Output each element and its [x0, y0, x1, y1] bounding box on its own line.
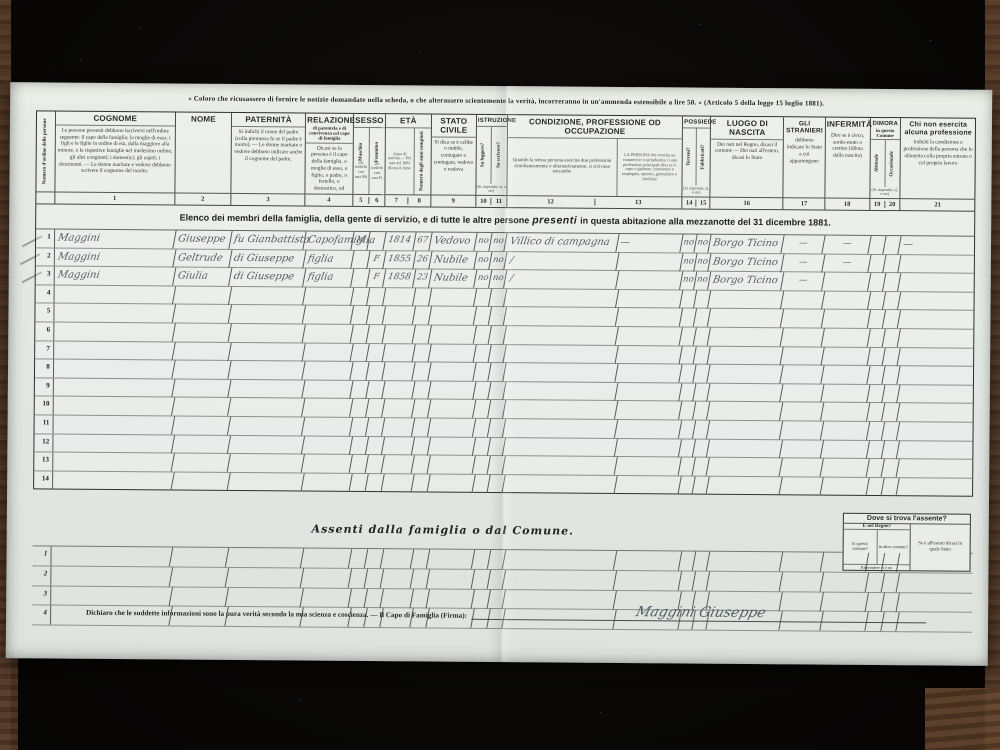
cell-cond13 [614, 420, 682, 438]
cell-inf [821, 477, 869, 495]
cell-paternita [229, 305, 306, 323]
cell-stran [780, 552, 825, 571]
cell-inf [821, 553, 870, 572]
cell-inf [822, 440, 870, 458]
cell-nome [172, 379, 232, 397]
col-number [36, 191, 54, 203]
cell-cond12 [505, 289, 619, 307]
col-eta: ETÀ Anno di nascita — Pei nati nel 1881 … [385, 114, 432, 206]
census-table: Numero d'ordine delle persone COGNOME Le… [33, 110, 976, 497]
cell-stato [428, 418, 476, 436]
cell-nome [172, 342, 232, 360]
dimora-subtitle: in questo Comune [871, 129, 900, 140]
sesso-title: SESSO [354, 114, 385, 127]
col-number: 1011 [476, 195, 506, 207]
cell-cognome [52, 341, 175, 360]
cell-relazione [302, 455, 353, 473]
cell-stran [781, 328, 826, 346]
col-number: 18 [825, 198, 869, 210]
relazione-title: RELAZIONE [306, 113, 353, 126]
cell-anno [380, 569, 414, 588]
femmina-note: (Si indichi con una F) [369, 162, 384, 181]
cell-cond13 [616, 271, 684, 289]
cell-cognome [52, 415, 175, 434]
cell-stran [781, 403, 826, 421]
col-number: 4 [305, 193, 352, 205]
cell-inf [821, 572, 870, 591]
col-chi-non-esercita: Chi non esercita alcuna professione indi… [900, 118, 976, 211]
cell-num: 11 [35, 415, 54, 433]
infermita-title: INFERMITÀ [826, 118, 870, 131]
col-number: 1213 [507, 195, 681, 208]
cell-cognome: Maggini [53, 267, 176, 286]
cell-relazione [303, 343, 354, 361]
cell-chinon [896, 553, 975, 572]
cell-num: 4 [32, 606, 51, 625]
cell-cognome [50, 547, 174, 567]
cell-stato [427, 456, 475, 474]
cell-paternita [229, 342, 306, 360]
col-number: 1 [55, 192, 174, 205]
cell-chinon [897, 348, 975, 366]
paternita-desc: Si indichi il nome del padre (colla prem… [231, 126, 305, 194]
cell-relazione [302, 399, 353, 417]
col-numero-ordine: Numero d'ordine delle persone [36, 111, 55, 203]
nome-desc [175, 125, 231, 193]
cell-num: 14 [34, 471, 53, 489]
cell-relazione [300, 568, 351, 587]
cell-cond12 [504, 419, 618, 437]
cell-cond13 [615, 364, 683, 382]
cell-cognome [51, 453, 174, 472]
cell-stato [429, 325, 477, 343]
cell-paternita [226, 568, 304, 587]
maschio-note: (Si indichi con una M) [354, 161, 369, 180]
cell-stran [781, 291, 826, 309]
paternita-title: PATERNITÀ [232, 113, 305, 126]
cell-num: 1 [36, 229, 55, 247]
cell-cognome: Maggini [53, 248, 176, 267]
cell-luogo [707, 458, 783, 476]
cell-chinon [898, 311, 976, 329]
cell-cond13 [616, 253, 684, 271]
cell-paternita [228, 417, 305, 435]
cell-relazione: figlia [303, 269, 354, 287]
stato-civile-desc: Si dica se è celibe o nubile, coniugato … [431, 136, 475, 195]
cell-cond12 [504, 345, 618, 363]
cell-chinon [898, 273, 976, 291]
cell-stran [781, 310, 826, 328]
cell-cond13 [614, 457, 682, 475]
cell-anno [381, 474, 414, 492]
cell-stran [780, 572, 825, 591]
cell-inf [822, 347, 870, 365]
cell-anno [382, 437, 415, 455]
cell-anno [383, 288, 416, 306]
col-possiede: POSSIEDE Terreni? Fabbricati? (Si rispon… [683, 116, 712, 208]
cell-inf: — [823, 236, 871, 254]
cell-stran [780, 477, 825, 495]
cell-num: 2 [32, 566, 51, 585]
col-sesso: SESSO Maschio (Si indichi con una M) Fem… [353, 114, 386, 206]
cell-nome [170, 547, 230, 566]
eta-title: ETÀ [386, 114, 431, 127]
cell-relazione [302, 473, 353, 491]
elenco-presenti: presenti [532, 214, 577, 226]
cell-chinon [898, 292, 976, 310]
cell-nome [173, 305, 233, 323]
cell-cognome [53, 285, 176, 304]
col-number: 2 [175, 192, 230, 204]
cell-inf [822, 366, 870, 384]
cell-paternita: di Giuseppe [229, 268, 306, 286]
cell-cond13 [614, 476, 682, 494]
cell-anno [383, 325, 416, 343]
table-header: Numero d'ordine delle persone COGNOME Le… [36, 111, 975, 211]
col-number: 1920 [870, 198, 899, 210]
cell-anno [382, 418, 415, 436]
cell-num: 6 [35, 322, 54, 340]
cell-stran: — [782, 235, 827, 253]
istruzione-title: ISTRUZIONE [477, 115, 507, 126]
stranieri-desc: debbono indicare lo Stato a cui apparten… [784, 136, 825, 198]
luogo-desc: Dei nati nel Regno, dicasi il comune — D… [711, 138, 784, 197]
cell-paternita [228, 361, 305, 379]
dimora-abituale: Abituale [870, 140, 885, 187]
cell-stato [428, 381, 476, 399]
maschio-label: Maschio [358, 143, 364, 161]
wood-corner-bottom-right [925, 688, 1000, 750]
cell-num: 2 [36, 248, 55, 266]
assenti-title: Assenti dalla famiglia o dal Comune. [33, 520, 853, 539]
cell-luogo: Borgo Ticino [709, 253, 785, 271]
cell-cond12 [504, 382, 618, 400]
cell-stran [780, 421, 825, 439]
cell-chinon [897, 329, 975, 347]
col-number: 78 [385, 194, 430, 206]
cell-nome [173, 323, 233, 341]
cell-cognome [49, 566, 173, 586]
col-infermita: INFERMITÀ Dire se è cieco, sordo-muto o … [825, 118, 871, 210]
cell-stato [428, 400, 476, 418]
col-stranieri: GLI STRANIERI debbono indicare lo Stato … [784, 117, 826, 209]
cell-luogo [707, 421, 783, 439]
cell-cognome [51, 471, 174, 490]
cell-num: 10 [35, 397, 54, 415]
cell-relazione [303, 362, 354, 380]
cell-stran [780, 458, 825, 476]
cell-num: 13 [34, 452, 53, 470]
cell-anno [380, 549, 414, 568]
cell-cognome [52, 434, 175, 453]
cell-chinon [896, 459, 974, 477]
cell-paternita: di Giuseppe [229, 249, 306, 267]
cell-stato [426, 569, 475, 588]
cell-cond13 [615, 290, 683, 308]
cell-stran [781, 384, 826, 402]
col-number: 16 [711, 197, 783, 210]
cell-luogo [707, 476, 783, 494]
cell-paternita [228, 473, 305, 491]
cell-stato: Nubile [429, 251, 477, 269]
penalty-notice: « Coloro che ricusassero di fornire le n… [40, 93, 972, 108]
cell-cognome [52, 322, 175, 341]
cell-anno [383, 306, 416, 324]
present-rows: 1MagginiGiuseppefu GianbattistaCapofamig… [34, 229, 974, 496]
chinon-desc: indichi la condizione e professione dell… [900, 138, 976, 199]
cell-nome [171, 472, 231, 490]
cell-cond13: — [616, 234, 684, 252]
cell-cond12: ∕ [505, 270, 619, 288]
cell-relazione [302, 380, 353, 398]
cell-paternita [228, 380, 305, 398]
cell-cond12 [502, 570, 616, 590]
cell-chinon [897, 385, 975, 403]
cell-cond13 [615, 345, 683, 363]
cell-num: 9 [35, 378, 54, 396]
cell-luogo [708, 328, 784, 346]
possiede-note: (Si risponda: sì, o no) [683, 185, 710, 196]
relazione-desc: Dicasi se la persona è il capo della fam… [306, 142, 353, 194]
cell-anno: 1814 [383, 232, 416, 250]
occasionale-label: Occasionale [890, 151, 896, 177]
col-nome: NOME 2 [175, 112, 232, 204]
cell-num: 8 [35, 360, 54, 378]
cell-anno [382, 344, 415, 362]
anni-compiuti-label: Numero degli anni compiuti [420, 131, 426, 191]
cell-cond12 [504, 438, 618, 456]
possiede-title: POSSIEDE [683, 116, 710, 127]
cell-nome [172, 398, 232, 416]
sa-leggere-label: Sa leggere? [481, 143, 487, 167]
sa-scrivere-label: Sa scrivere? [496, 142, 502, 168]
cell-luogo [707, 552, 784, 571]
cell-luogo [707, 439, 783, 457]
cell-inf [822, 421, 870, 439]
cell-cond12 [503, 456, 617, 474]
cell-chinon [897, 441, 975, 459]
col-istruzione: ISTRUZIONE Sa leggere? Sa scrivere? (Si … [476, 115, 508, 207]
fabbricati-label: Fabbricati? [701, 144, 707, 169]
numero-ordine-label: Numero d'ordine delle persone [43, 118, 49, 184]
cell-stran [780, 440, 825, 458]
condizione-desc-13: LA PERSONA che esercita un commercio o u… [618, 153, 682, 181]
nome-title: NOME [176, 112, 231, 125]
cell-cognome [52, 360, 175, 379]
cell-cond12 [504, 363, 618, 381]
census-sheet: « Coloro che ricusassero di fornire le n… [6, 82, 992, 666]
possiede-terreni: Terreni? [683, 128, 698, 185]
cell-anno [382, 362, 415, 380]
cell-paternita [226, 548, 304, 567]
cell-anno: 1858 [383, 269, 416, 287]
col-condizione: CONDIZIONE, PROFESSIONE OD OCCUPAZIONE Q… [507, 115, 683, 208]
cell-stran: — [782, 254, 827, 272]
cell-stato [426, 549, 475, 568]
cell-relazione: figlia [303, 250, 354, 268]
cell-inf [822, 329, 870, 347]
elenco-post: in questa abitazione alla mezzanotte del… [580, 216, 831, 228]
cell-stato [429, 288, 477, 306]
cell-inf [823, 310, 871, 328]
cell-nome [172, 361, 232, 379]
cell-inf [821, 459, 869, 477]
col-number: 56 [353, 194, 384, 206]
cell-stran [781, 347, 826, 365]
col-number: 3 [231, 193, 304, 206]
eta-anno: Anno di nascita — Pei nati nel 1881 dica… [385, 128, 415, 194]
col-number: 9 [431, 194, 475, 206]
cell-nome: Geltrude [173, 249, 233, 267]
cell-cond13 [614, 438, 682, 456]
cell-luogo [708, 309, 784, 327]
dimora-note: (Si risponda: sì, o no) [870, 187, 899, 198]
cell-paternita [229, 324, 306, 342]
cell-nome [170, 567, 230, 586]
cell-cond13 [613, 571, 681, 590]
cell-luogo [707, 402, 783, 420]
dimora-occasionale: Occasionale [885, 140, 899, 187]
cell-paternita [229, 287, 306, 305]
photo-background: « Coloro che ricusassero di fornire le n… [0, 0, 1000, 750]
cognome-desc: Le persone presenti debbono iscriversi n… [55, 124, 175, 192]
cell-cond13 [615, 308, 683, 326]
sesso-femmina: Femmina (Si indichi con una F) [369, 128, 384, 194]
cell-paternita [228, 398, 305, 416]
cell-num: 3 [32, 586, 51, 605]
cell-cond13 [615, 401, 683, 419]
cell-relazione [302, 417, 353, 435]
cell-stato [428, 437, 476, 455]
condizione-13: LA PERSONA che esercita un commercio o u… [617, 139, 682, 197]
cell-luogo [708, 383, 784, 401]
cell-cognome [53, 304, 176, 323]
cell-cond13 [613, 551, 681, 570]
cell-anno: 1855 [383, 251, 416, 269]
cell-chinon [897, 366, 975, 384]
col-cognome: COGNOME Le persone presenti debbono iscr… [55, 112, 176, 205]
cell-cond13 [615, 383, 683, 401]
elenco-pre: Elenco dei membri della famiglia, della … [180, 212, 530, 225]
cell-cond12: Villico di campagna [505, 233, 619, 251]
cell-nome: Giuseppe [173, 230, 233, 248]
cell-nome [171, 454, 231, 472]
cell-stato [429, 307, 477, 325]
cell-relazione: Capofamiglia [304, 231, 355, 249]
abituale-label: Abituale [875, 154, 881, 172]
cell-cond12 [503, 475, 617, 493]
cell-luogo [708, 290, 784, 308]
cell-num: 3 [36, 267, 55, 285]
cognome-title: COGNOME [56, 112, 175, 126]
cell-nome [173, 286, 233, 304]
cell-chinon: — [898, 236, 976, 254]
cell-cond12 [504, 326, 618, 344]
cell-relazione [301, 548, 352, 567]
cell-luogo: Borgo Ticino [708, 272, 784, 290]
cell-chinon [896, 478, 974, 496]
col-dimora: DIMORA in questo Comune Abituale Occasio… [870, 118, 901, 210]
cell-inf [822, 384, 870, 402]
cell-stran [781, 365, 826, 383]
cell-num: 4 [36, 285, 55, 303]
cell-inf [823, 291, 871, 309]
cell-num: 5 [35, 304, 54, 322]
col-number: 21 [900, 198, 975, 211]
anno-nascita-label: Anno di nascita — Pei nati nel 1881 dica… [385, 152, 413, 171]
istruzione-scrivere: Sa scrivere? [492, 127, 507, 184]
cell-luogo: Borgo Ticino [709, 235, 785, 253]
cell-stato: Nubile [429, 270, 477, 288]
cell-chinon [897, 422, 975, 440]
col-number: 17 [784, 197, 824, 209]
cell-nome [172, 435, 232, 453]
cell-luogo [706, 571, 783, 590]
cell-paternita: fu Gianbattista [230, 231, 307, 249]
dimora-title: DIMORA [871, 118, 900, 129]
cell-inf [823, 273, 871, 291]
col-number: 1415 [683, 196, 710, 208]
cell-cond12 [505, 307, 619, 325]
cell-cognome: Maggini [53, 230, 176, 249]
cell-paternita [228, 435, 305, 453]
cell-luogo [708, 365, 784, 383]
cell-inf [822, 403, 870, 421]
cell-relazione [303, 324, 354, 342]
cell-nome [172, 416, 232, 434]
cell-stran: — [782, 272, 827, 290]
cell-inf: — [823, 254, 871, 272]
cell-paternita [228, 454, 305, 472]
femmina-label: Femmina [374, 142, 380, 162]
cell-num: 1 [32, 546, 51, 565]
col-stato-civile: STATO CIVILE Si dica se è celibe o nubil… [431, 114, 477, 206]
istruzione-leggere: Sa leggere? [476, 126, 492, 183]
relazione-subtitle: di parentela e di convivenza col capo di… [306, 126, 353, 142]
cell-cognome [52, 397, 175, 416]
stato-civile-title: STATO CIVILE [432, 114, 476, 136]
cell-anno [382, 399, 415, 417]
cell-num: 7 [35, 341, 54, 359]
eta-anni: Numero degli anni compiuti [415, 128, 431, 194]
cell-chinon [896, 573, 975, 592]
cell-nome: Giulia [173, 268, 233, 286]
possiede-fabbricati: Fabbricati? [697, 128, 711, 185]
cell-cognome [52, 378, 175, 397]
sesso-maschio: Maschio (Si indichi con una M) [353, 128, 369, 194]
cell-cond12: ∕ [505, 252, 619, 270]
cell-cond12 [503, 550, 617, 570]
condizione-desc-12: Quando la stessa persona esercita due pr… [507, 158, 616, 175]
cell-anno [382, 455, 415, 473]
cell-chinon [897, 403, 975, 421]
cell-stato [427, 474, 475, 492]
stranieri-title: GLI STRANIERI [784, 117, 824, 136]
cell-num: 12 [34, 434, 53, 452]
terreni-label: Terreni? [687, 147, 693, 165]
cell-stato: Vedovo [429, 232, 477, 250]
istruzione-note: (Si risponda: sì, o no) [476, 184, 506, 195]
luogo-title: LUOGO DI NASCITA [711, 117, 783, 139]
cell-chinon [898, 255, 976, 273]
cell-anno [382, 381, 415, 399]
col-paternita: PATERNITÀ Si indichi il nome del padre (… [231, 113, 306, 206]
col-relazione: RELAZIONE di parentela e di convivenza c… [305, 113, 354, 205]
col-luogo-nascita: LUOGO DI NASCITA Dei nati nel Regno, dic… [711, 117, 785, 210]
cell-luogo [708, 346, 784, 364]
cell-cond13 [615, 327, 683, 345]
chinon-title: Chi non esercita alcuna professione [901, 118, 976, 138]
